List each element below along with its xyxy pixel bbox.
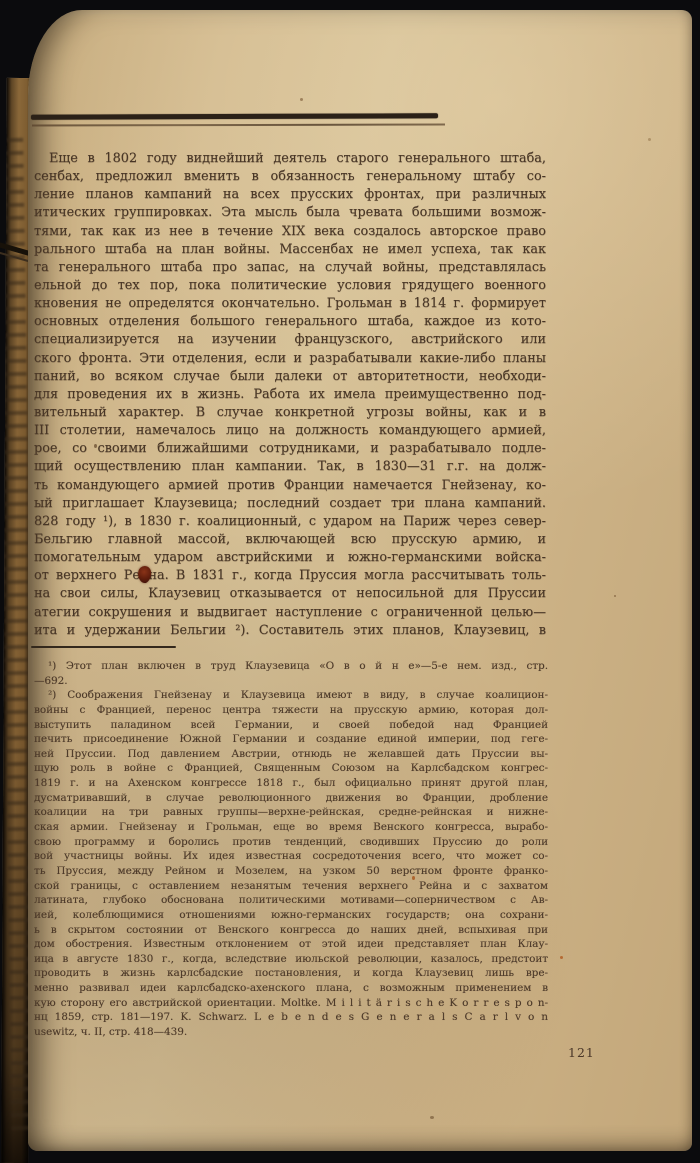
text-line: латината, глубоко обоснована политически… (34, 893, 548, 908)
text-line: вительный характер. В случае конкретной … (34, 404, 546, 422)
paper-speck (648, 138, 651, 141)
text-line: ый приглашает Клаузевица; последний созд… (34, 495, 546, 513)
text-line: ь в скрытом состоянии от Венского конгре… (34, 923, 548, 938)
text-line: ть командующего армией против Франции на… (34, 477, 546, 495)
text-line: щую роль в войне с Францией, Священным С… (34, 761, 548, 776)
text-line: войны с Францией, перенос центра тяжести… (34, 703, 548, 718)
text-line: ельной до тех пор, пока политические усл… (34, 277, 546, 295)
text-line: ица в августе 1830 г., когда, вследствие… (34, 952, 548, 967)
text-line: вой участницы войны. Их идея известная с… (34, 849, 548, 864)
text-line: рального штаба на план войны. Массенбах … (34, 241, 546, 259)
book-scan: Еще в 1802 году виднейший деятель старог… (0, 0, 700, 1163)
paper-speck (560, 956, 563, 959)
text-line: сенбах, предложил вменить в обязанность … (34, 168, 546, 186)
text-line: менно развивал идеи карлсбадско-ахенског… (34, 981, 548, 996)
text-line: паний, во всяком случае были далеки от а… (34, 368, 546, 386)
text-line: —692. (34, 674, 548, 689)
text-line: III столетии, намечалось лицо на должнос… (34, 422, 546, 440)
text-line: специализируется на изучении французског… (34, 331, 546, 349)
text-line: помогательным ударом австрийскими и южно… (34, 549, 546, 567)
text-line: итических группировках. Эта мысль была ч… (34, 204, 546, 222)
text-line: 1819 г. и на Ахенском конгрессе 1818 г.,… (34, 776, 548, 791)
text-line: ской границы, с оставлением незанятым те… (34, 879, 548, 894)
text-line: ией, колеблющимися отношениями южно-герм… (34, 908, 548, 923)
main-paragraph: Еще в 1802 году виднейший деятель старог… (34, 150, 546, 640)
text-line: коалиции на три равных группы—верхне-рей… (34, 805, 548, 820)
paper-speck (300, 98, 303, 101)
text-line: дом обострения. Известным отклонением от… (34, 937, 548, 952)
text-line: ита и удержании Бельгии ²). Составитель … (34, 622, 546, 640)
paper-speck (430, 1116, 434, 1119)
text-line: ¹) Этот план включен в труд Клаузевица «… (34, 659, 548, 674)
text-line: 828 году ¹), в 1830 г. коалиционный, с у… (34, 513, 546, 531)
book-page: Еще в 1802 году виднейший деятель старог… (28, 10, 692, 1151)
header-rule-thick (31, 113, 438, 119)
header-rule-thin (32, 123, 445, 126)
paper-speck (94, 444, 97, 448)
text-line: ²) Соображения Гнейзенау и Клаузевица им… (34, 688, 548, 703)
text-line: рое, со своими ближайшими сотрудниками, … (34, 440, 546, 458)
text-line: нц 1859, стр. 181—197. K. Schwarz. L e b… (34, 1010, 548, 1025)
text-line: проводить в жизнь карлсбадские постановл… (34, 966, 548, 981)
footnote-separator (31, 646, 176, 648)
text-line: тями, так как из нее в течение XIX века … (34, 223, 546, 241)
text-line: кновения не определятся окончательно. Гр… (34, 295, 546, 313)
paper-speck (412, 876, 415, 880)
text-line: ление планов кампаний на всех прусских ф… (34, 186, 546, 204)
text-line: дусматривавший, в случае революционного … (34, 791, 548, 806)
text-line: usewitz, ч. II, стр. 418—439. (34, 1025, 548, 1040)
text-line: та генерального штаба про запас, на случ… (34, 259, 546, 277)
text-line: Бельгию главной массой, включающей всю п… (34, 531, 546, 549)
text-line: атегии сокрушения и выдвигает наступлени… (34, 604, 546, 622)
text-line: печить присоединение Южной Германии и со… (34, 732, 548, 747)
text-line: кую сторону его австрийской ориентации. … (34, 996, 548, 1011)
text-line: от верхнего Рейна. В 1831 г., когда Прус… (34, 567, 546, 585)
text-line: ней Пруссии. Под давлением Австрии, отню… (34, 747, 548, 762)
text-line: выступить паладином всей Германии, и сво… (34, 718, 548, 733)
footnotes: ¹) Этот план включен в труд Клаузевица «… (34, 659, 548, 1040)
text-line: щий осуществлению план кампании. Так, в … (34, 458, 546, 476)
text-line: основных отделения большого генерального… (34, 313, 546, 331)
text-line: ского фронта. Эти отделения, если и разр… (34, 350, 546, 368)
text-line: ская армии. Гнейзенау и Грольман, еще во… (34, 820, 548, 835)
text-line: ть Пруссия, между Рейном и Мозелем, на у… (34, 864, 548, 879)
paper-speck (614, 595, 616, 597)
text-line: на свои силы, Клаузевиц отказывается от … (34, 585, 546, 603)
page-number: 121 (568, 1045, 595, 1060)
text-line: Еще в 1802 году виднейший деятель старог… (34, 150, 546, 168)
text-line: для проведения их в жизнь. Работа их име… (34, 386, 546, 404)
text-line: свою программу и боролись против тенденц… (34, 835, 548, 850)
